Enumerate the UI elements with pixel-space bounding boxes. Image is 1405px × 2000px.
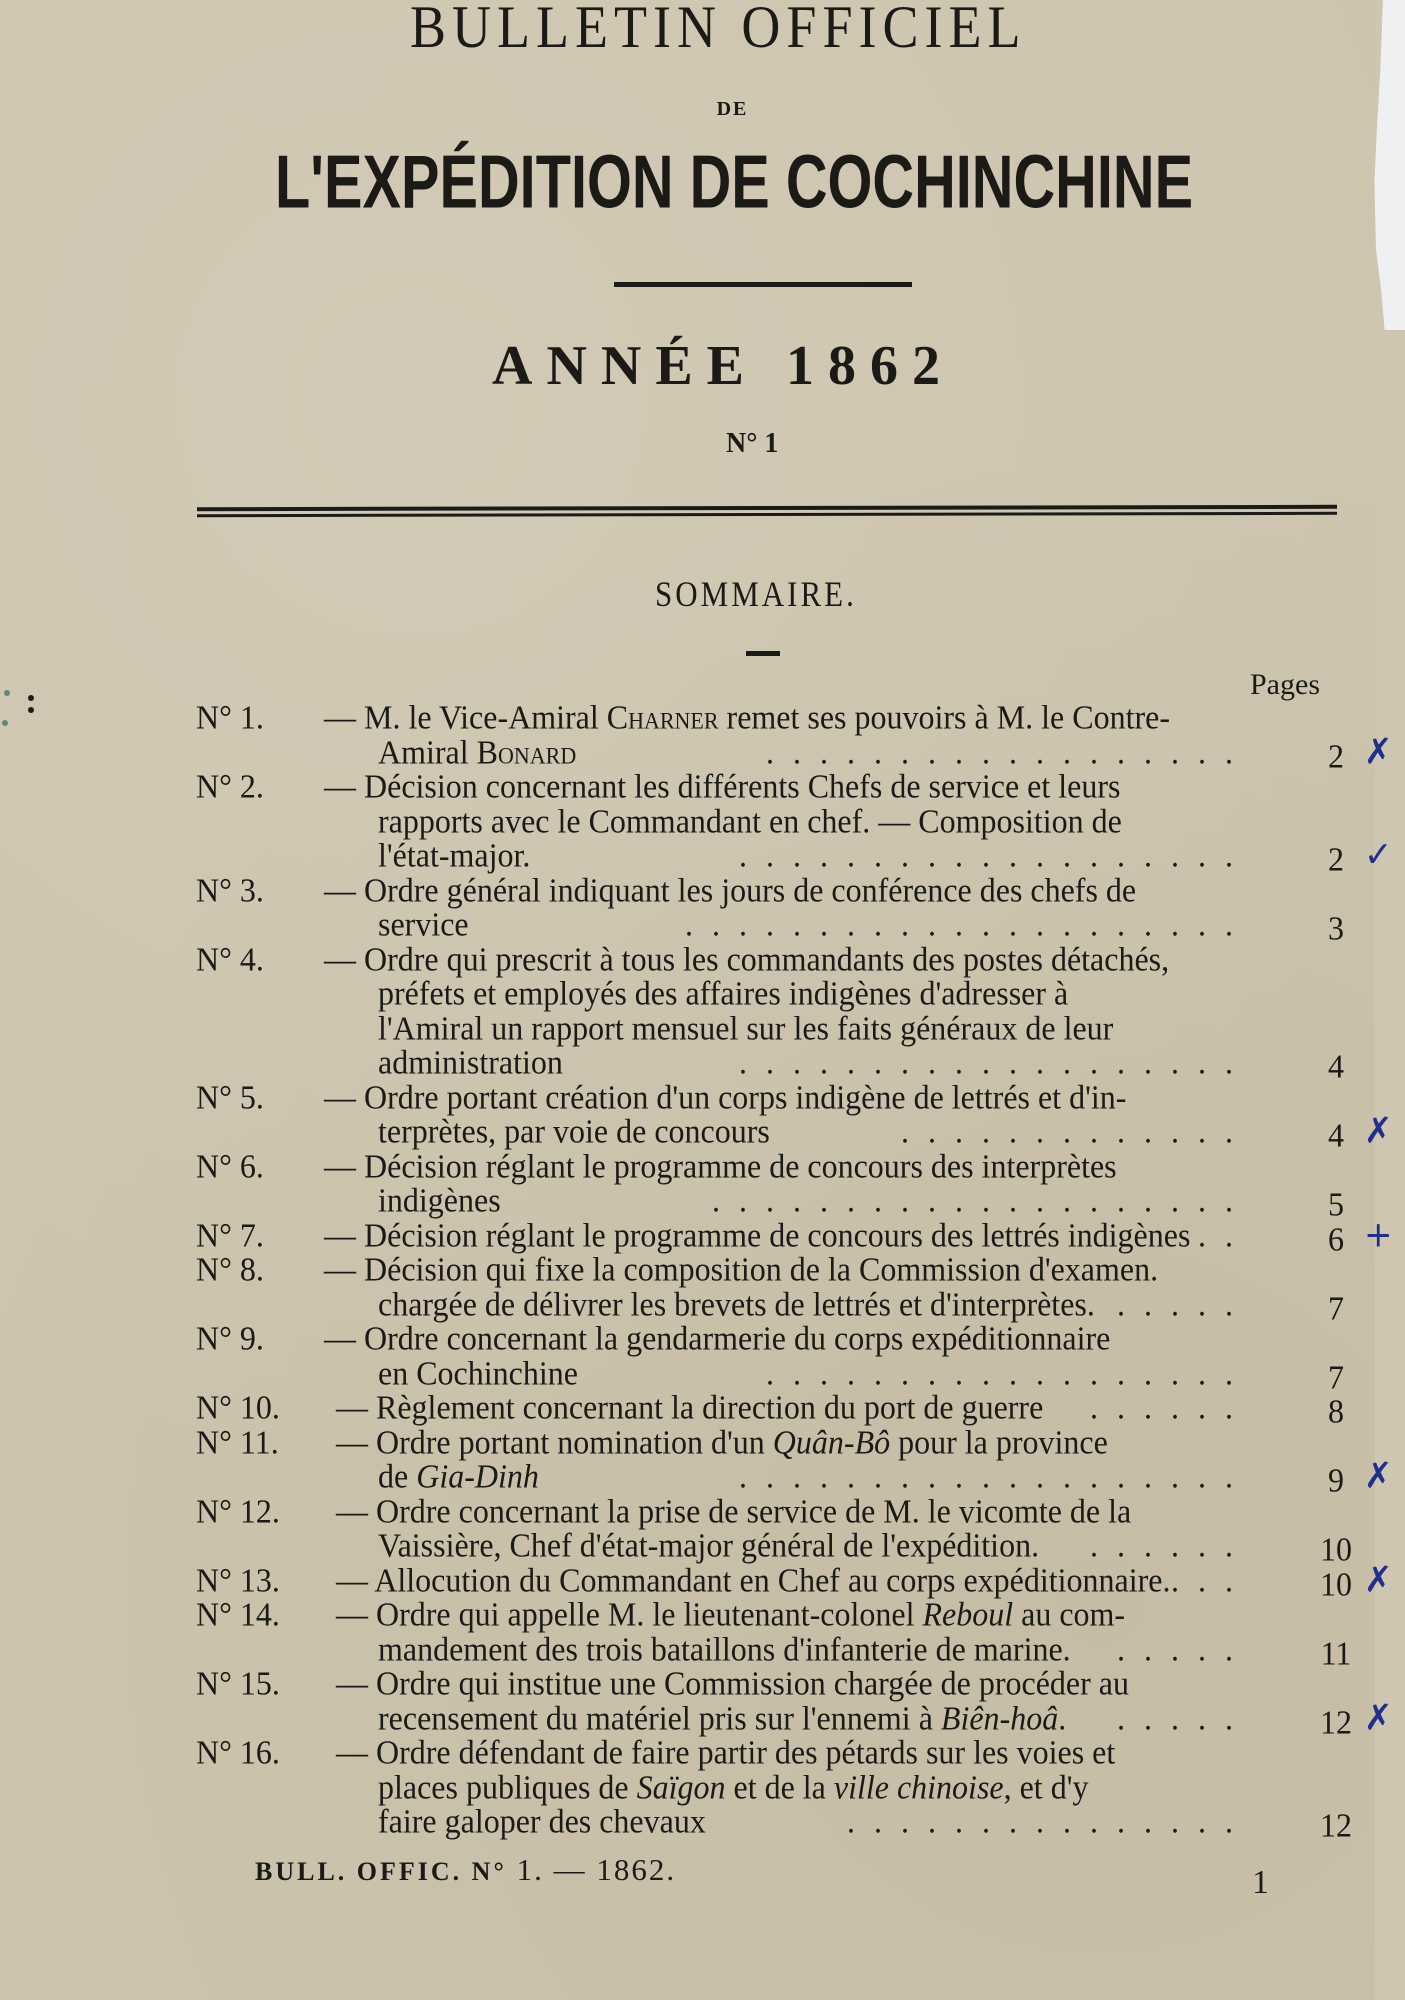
toc-line: chargée de délivrer les brevets de lettr…	[196, 1286, 1376, 1322]
toc-line: N° 7.— Décision réglant le programme de …	[196, 1217, 1376, 1253]
toc-line: mandement des trois bataillons d'infante…	[196, 1631, 1376, 1667]
toc-line: places publiques de Saïgon et de la vill…	[196, 1769, 1376, 1805]
year-heading: ANNÉE 1862	[492, 334, 954, 398]
toc-entry: N° 8.— Décision qui fixe la composition …	[196, 1252, 1376, 1321]
toc-line: N° 14.— Ordre qui appelle M. le lieutena…	[196, 1596, 1376, 1632]
entry-text: l'Amiral un rapport mensuel sur les fait…	[378, 1010, 1113, 1046]
toc-line: N° 13.— Allocution du Commandant en Chef…	[196, 1562, 1376, 1598]
dot-leader: ......	[1090, 1527, 1252, 1563]
toc-entry: N° 2.— Décision concernant les différent…	[196, 769, 1376, 873]
entry-text: terprètes, par voie de concours	[378, 1113, 770, 1149]
entry-text: — Ordre qui institue une Commission char…	[336, 1665, 1129, 1701]
ink-speck	[2, 720, 8, 726]
entry-text: indigènes	[378, 1182, 501, 1218]
expedition-title: L'EXPÉDITION DE COCHINCHINE	[275, 138, 1193, 225]
entry-text: — Ordre concernant la gendarmerie du cor…	[324, 1320, 1110, 1356]
dot-leader: ..................	[766, 734, 1252, 770]
toc-entry: N° 12.— Ordre concernant la prise de ser…	[196, 1494, 1376, 1563]
entry-number: N° 8.	[196, 1251, 336, 1287]
toc-entry: N° 4.— Ordre qui prescrit à tous les com…	[196, 942, 1376, 1080]
entry-number: N° 4.	[196, 941, 336, 977]
toc-line: N° 9.— Ordre concernant la gendarmerie d…	[196, 1320, 1376, 1356]
entry-number: N° 5.	[196, 1079, 336, 1115]
entry-number: N° 15.	[196, 1665, 336, 1701]
entry-text: préfets et employés des affaires indigèn…	[378, 975, 1068, 1011]
entry-text: Amiral Bonard	[378, 734, 576, 770]
title-connector: DE	[0, 98, 1405, 121]
entry-text: — Règlement concernant la direction du p…	[336, 1389, 1043, 1425]
toc-line: faire galoper des chevaux...............…	[196, 1803, 1376, 1839]
toc-line: N° 1.— M. le Vice-Amiral Charner remet s…	[196, 699, 1376, 735]
toc-line: N° 16.— Ordre défendant de faire partir …	[196, 1734, 1376, 1770]
entry-number: N° 14.	[196, 1596, 336, 1632]
entry-number: N° 16.	[196, 1734, 336, 1770]
handwritten-mark-icon: ✗	[1364, 1458, 1393, 1494]
table-of-contents: N° 1.— M. le Vice-Amiral Charner remet s…	[196, 700, 1376, 1839]
entry-number: N° 7.	[196, 1217, 336, 1253]
toc-entry: N° 13.— Allocution du Commandant en Chef…	[196, 1563, 1376, 1598]
handwritten-mark-icon: ✗	[1364, 1700, 1393, 1736]
entry-text: — Ordre qui prescrit à tous les commanda…	[324, 941, 1169, 977]
handwritten-mark-icon: ✗	[1364, 1113, 1393, 1149]
entry-text: recensement du matériel pris sur l'ennem…	[378, 1700, 1066, 1736]
toc-entry: N° 15.— Ordre qui institue une Commissio…	[196, 1666, 1376, 1735]
entry-number: N° 11.	[196, 1424, 336, 1460]
entry-number: N° 13.	[196, 1562, 336, 1598]
toc-entry: N° 11.— Ordre portant nomination d'un Qu…	[196, 1425, 1376, 1494]
entry-text: — Décision qui fixe la composition de la…	[324, 1251, 1158, 1287]
entry-text: mandement des trois bataillons d'infante…	[378, 1631, 1071, 1667]
toc-entry: N° 1.— M. le Vice-Amiral Charner remet s…	[196, 700, 1376, 769]
margin-dots	[28, 695, 34, 725]
dot-leader: ...................	[739, 1044, 1252, 1080]
toc-line: terprètes, par voie de concours.........…	[196, 1113, 1376, 1149]
entry-text: — Allocution du Commandant en Chef au co…	[336, 1562, 1170, 1598]
entry-text: — Ordre portant nomination d'un Quân-Bô …	[336, 1424, 1108, 1460]
toc-entry: N° 3.— Ordre général indiquant les jours…	[196, 873, 1376, 942]
toc-line: N° 15.— Ordre qui institue une Commissio…	[196, 1665, 1376, 1701]
toc-line: recensement du matériel pris sur l'ennem…	[196, 1700, 1376, 1736]
toc-line: rapports avec le Commandant en chef. — C…	[196, 803, 1376, 839]
dot-leader: ...................	[739, 837, 1252, 873]
entry-text: en Cochinchine	[378, 1355, 578, 1391]
toc-line: N° 5.— Ordre portant création d'un corps…	[196, 1079, 1376, 1115]
toc-line: N° 8.— Décision qui fixe la composition …	[196, 1251, 1376, 1287]
torn-page-edge	[1371, 0, 1405, 330]
handwritten-mark-icon: ✗	[1364, 734, 1393, 770]
toc-entry: N° 10.— Règlement concernant la directio…	[196, 1390, 1376, 1425]
toc-line: Amiral Bonard..................2✗	[196, 734, 1376, 770]
entry-text: rapports avec le Commandant en chef. — C…	[378, 803, 1122, 839]
entry-text: administration	[378, 1044, 563, 1080]
entry-number: N° 1.	[196, 699, 336, 735]
entry-text: — M. le Vice-Amiral Charner remet ses po…	[324, 699, 1170, 735]
dot-leader: ...	[1171, 1562, 1252, 1598]
toc-line: service.....................3	[196, 906, 1376, 942]
dot-leader: ....................	[712, 1182, 1252, 1218]
entry-text: — Ordre portant création d'un corps indi…	[324, 1079, 1126, 1115]
bulletin-title: BULLETIN OFFICIEL	[410, 0, 1150, 61]
toc-line: l'Amiral un rapport mensuel sur les fait…	[196, 1010, 1376, 1046]
footer-signature-prefix: BULL. OFFIC. N°	[255, 1857, 507, 1886]
entry-text: faire galoper des chevaux	[378, 1803, 706, 1839]
entry-text: l'état-major.	[378, 837, 530, 873]
toc-line: N° 11.— Ordre portant nomination d'un Qu…	[196, 1424, 1376, 1460]
dot-leader: ...............	[847, 1803, 1252, 1839]
dot-leader: .....	[1117, 1286, 1252, 1322]
entry-number: N° 10.	[196, 1389, 336, 1425]
entry-number: N° 3.	[196, 872, 336, 908]
summary-dash	[746, 651, 780, 656]
toc-line: N° 3.— Ordre général indiquant les jours…	[196, 872, 1376, 908]
dot-leader: .............	[901, 1113, 1252, 1149]
dot-leader: .....	[1117, 1700, 1252, 1736]
entry-text: — Ordre général indiquant les jours de c…	[324, 872, 1136, 908]
toc-line: en Cochinchine..................7	[196, 1355, 1376, 1391]
dot-leader: ...................	[739, 1458, 1252, 1494]
dot-leader: .....................	[685, 906, 1252, 942]
page-folio: 1	[1252, 1864, 1269, 1902]
toc-entry: N° 16.— Ordre défendant de faire partir …	[196, 1735, 1376, 1839]
toc-line: de Gia-Dinh...................9✗	[196, 1458, 1376, 1494]
entry-text: — Ordre qui appelle M. le lieutenant-col…	[336, 1596, 1125, 1632]
toc-line: N° 2.— Décision concernant les différent…	[196, 768, 1376, 804]
dot-leader: .....	[1117, 1631, 1252, 1667]
entry-text: — Décision réglant le programme de conco…	[324, 1217, 1190, 1253]
entry-number: N° 12.	[196, 1493, 336, 1529]
entry-text: — Ordre concernant la prise de service d…	[336, 1493, 1131, 1529]
footer-signature-suffix: 1. — 1862.	[517, 1852, 677, 1887]
entry-text: de Gia-Dinh	[378, 1458, 539, 1494]
dot-leader: ..................	[766, 1355, 1252, 1391]
toc-line: préfets et employés des affaires indigèn…	[196, 975, 1376, 1011]
entry-text: service	[378, 906, 469, 942]
toc-line: N° 12.— Ordre concernant la prise de ser…	[196, 1493, 1376, 1529]
entry-text: chargée de délivrer les brevets de lettr…	[378, 1286, 1095, 1322]
toc-entry: N° 7.— Décision réglant le programme de …	[196, 1218, 1376, 1253]
entry-text: Vaissière, Chef d'état-major général de …	[378, 1527, 1039, 1563]
entry-text: — Décision réglant le programme de conco…	[324, 1148, 1117, 1184]
toc-line: administration...................4	[196, 1044, 1376, 1080]
toc-entry: N° 6.— Décision réglant le programme de …	[196, 1149, 1376, 1218]
ink-speck	[4, 690, 10, 696]
pages-column-label: Pages	[1250, 668, 1320, 702]
entry-number: N° 6.	[196, 1148, 336, 1184]
entry-page-number: 12	[1306, 1807, 1366, 1843]
issue-number: N° 1	[726, 428, 778, 460]
toc-line: N° 4.— Ordre qui prescrit à tous les com…	[196, 941, 1376, 977]
handwritten-mark-icon: ✗	[1364, 1562, 1393, 1598]
toc-entry: N° 5.— Ordre portant création d'un corps…	[196, 1080, 1376, 1149]
toc-entry: N° 14.— Ordre qui appelle M. le lieutena…	[196, 1597, 1376, 1666]
entry-number: N° 9.	[196, 1320, 336, 1356]
summary-heading: SOMMAIRE.	[655, 574, 857, 615]
toc-line: indigènes....................5	[196, 1182, 1376, 1218]
footer-signature: BULL. OFFIC. N° 1. — 1862.	[255, 1852, 676, 1888]
toc-line: l'état-major....................2✓	[196, 837, 1376, 873]
toc-line: N° 6.— Décision réglant le programme de …	[196, 1148, 1376, 1184]
handwritten-mark-icon: ✓	[1364, 837, 1393, 873]
entry-text: places publiques de Saïgon et de la vill…	[378, 1769, 1088, 1805]
toc-line: Vaissière, Chef d'état-major général de …	[196, 1527, 1376, 1563]
dot-leader: ......	[1090, 1389, 1252, 1425]
title-divider	[614, 282, 912, 287]
toc-entry: N° 9.— Ordre concernant la gendarmerie d…	[196, 1321, 1376, 1390]
entry-text: — Ordre défendant de faire partir des pé…	[336, 1734, 1115, 1770]
entry-text: — Décision concernant les différents Che…	[324, 768, 1120, 804]
dot-leader: ..	[1198, 1217, 1252, 1253]
toc-line: N° 10.— Règlement concernant la directio…	[196, 1389, 1376, 1425]
handwritten-mark-icon: +	[1364, 1217, 1393, 1253]
entry-number: N° 2.	[196, 768, 336, 804]
